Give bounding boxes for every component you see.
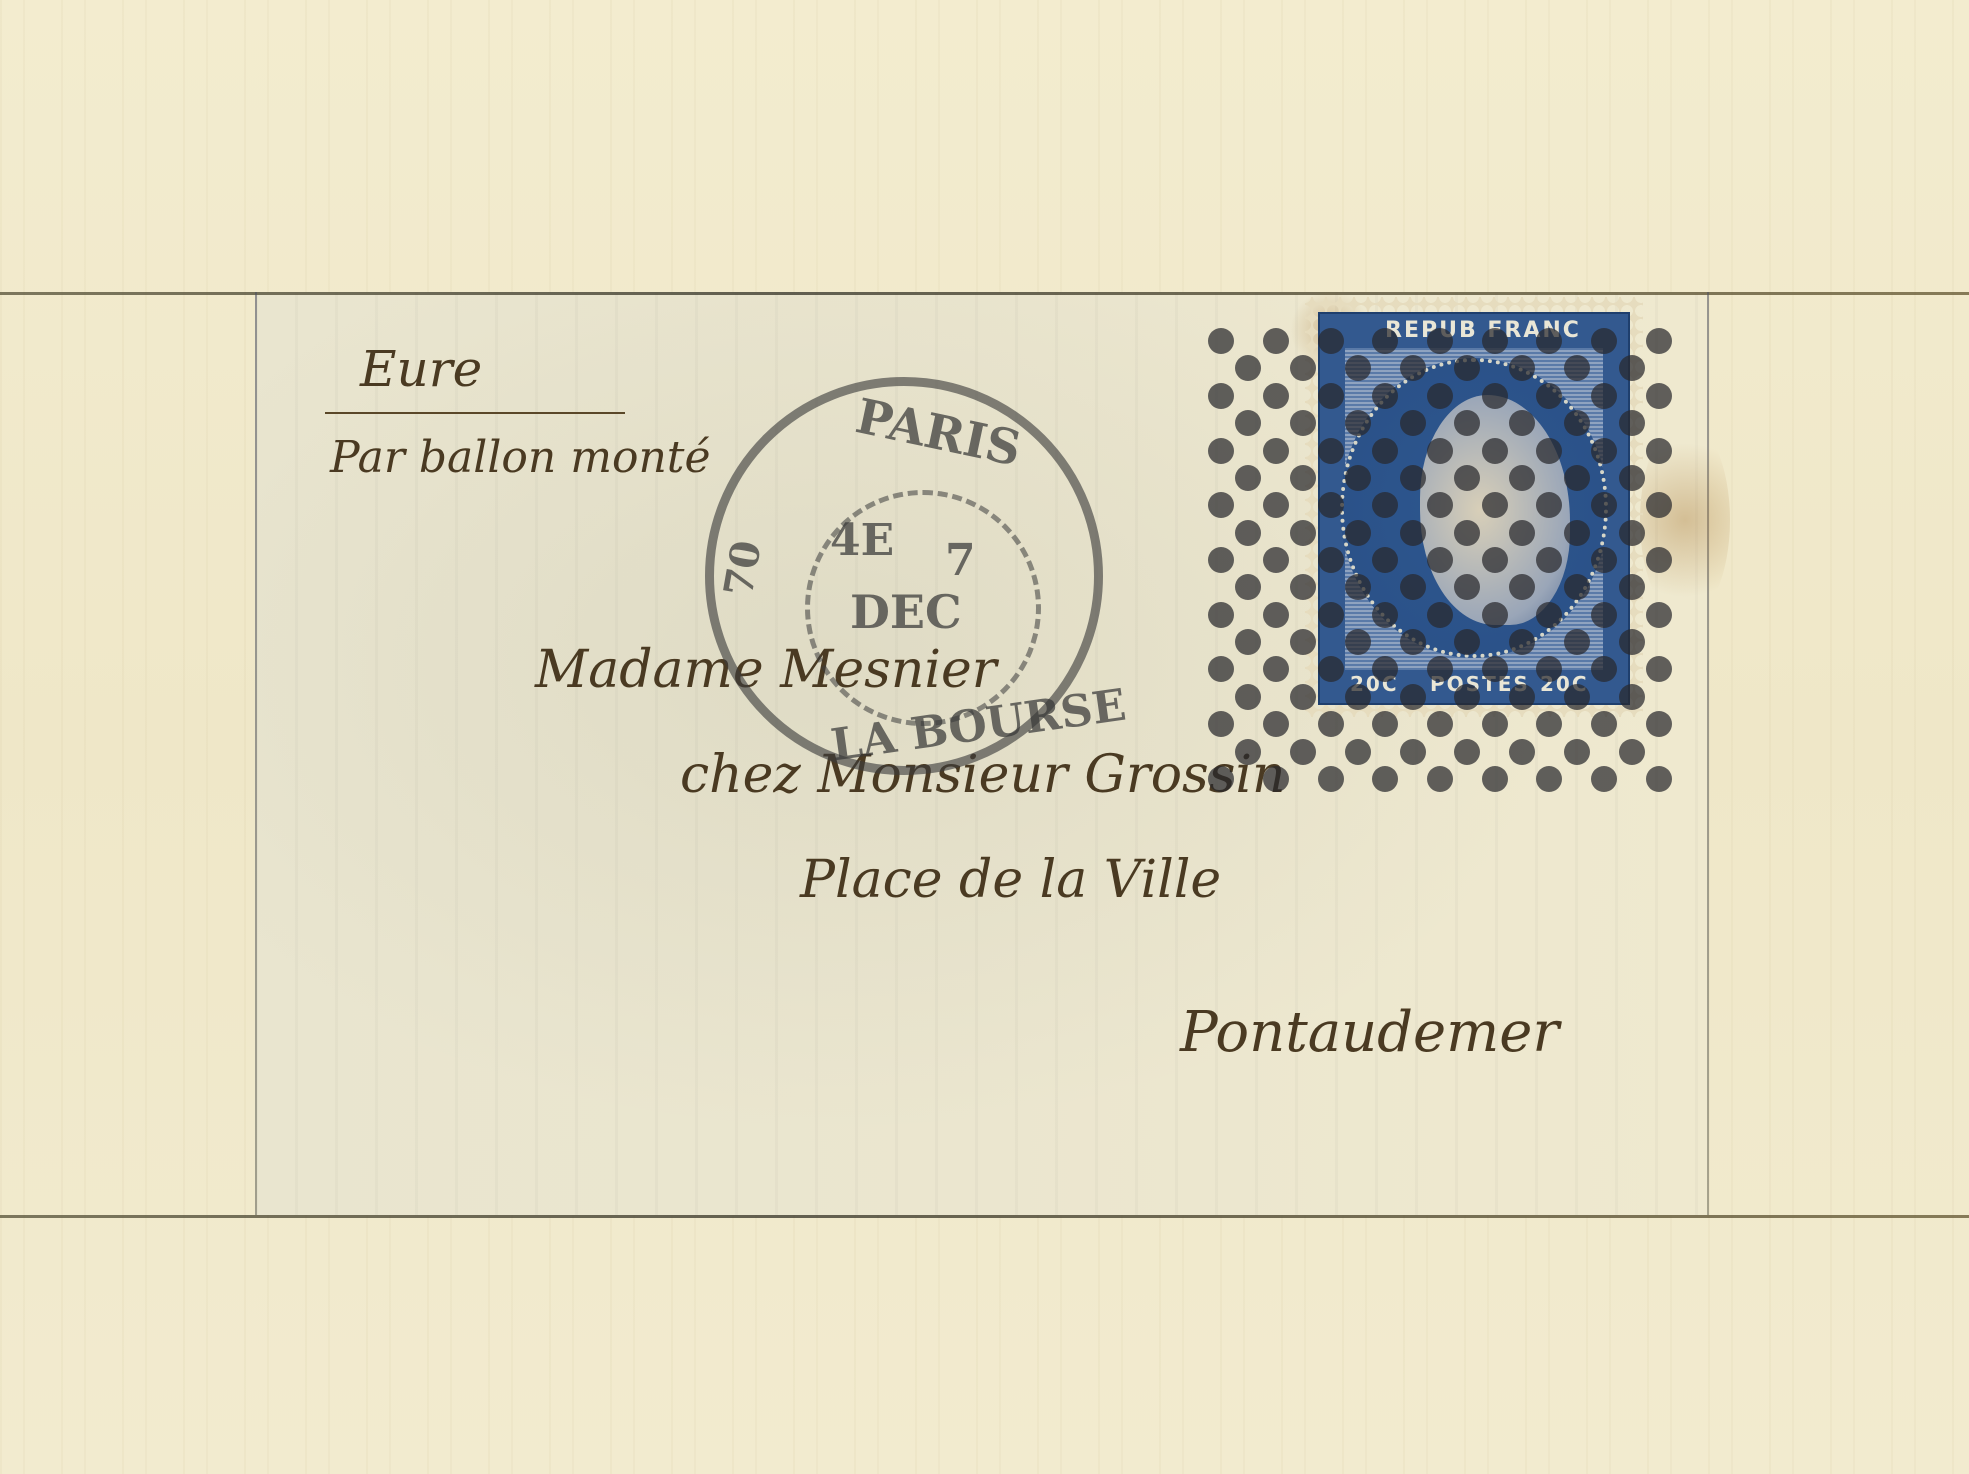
cancel-dot (1619, 410, 1645, 436)
cancel-dot (1509, 629, 1535, 655)
cancel-dot (1400, 355, 1426, 381)
cancel-dot (1564, 574, 1590, 600)
cancel-dot (1564, 739, 1590, 765)
handwritten-route-note: Par ballon monté (330, 432, 711, 483)
cancel-dot (1482, 766, 1508, 792)
cancel-dot (1591, 602, 1617, 628)
cancel-dot (1318, 711, 1344, 737)
cancel-dot (1646, 602, 1672, 628)
cancel-dot (1345, 410, 1371, 436)
cancel-dot (1345, 465, 1371, 491)
postmark-day: 7 (945, 535, 976, 586)
cancel-dot (1619, 629, 1645, 655)
cancel-dot (1235, 739, 1261, 765)
cancel-dot (1427, 766, 1453, 792)
cancel-dot (1564, 684, 1590, 710)
postmark-month: DEC (850, 585, 962, 639)
cancel-dot (1536, 602, 1562, 628)
fold-line-left (255, 292, 257, 1215)
cancel-dot (1646, 492, 1672, 518)
cancel-dot (1482, 383, 1508, 409)
cancel-dot (1427, 438, 1453, 464)
cancel-dot (1509, 684, 1535, 710)
cancel-dot (1318, 492, 1344, 518)
cancel-dot (1646, 328, 1672, 354)
cancel-dot (1318, 383, 1344, 409)
cancel-dot (1591, 383, 1617, 409)
cancel-dot (1400, 629, 1426, 655)
recipient-line-3: Place de la Ville (800, 850, 1221, 910)
cancel-dot (1372, 602, 1398, 628)
cancel-dot (1400, 739, 1426, 765)
cancel-dot (1208, 383, 1234, 409)
fold-line-right (1707, 292, 1709, 1215)
cancel-dot (1591, 766, 1617, 792)
cancel-dot (1208, 438, 1234, 464)
cancel-dot (1454, 739, 1480, 765)
cancel-dot (1318, 547, 1344, 573)
cancel-dot (1345, 739, 1371, 765)
cancel-dot (1400, 465, 1426, 491)
cancel-dot (1482, 602, 1508, 628)
cancel-dot (1619, 739, 1645, 765)
postmark-side-number: 70 (715, 537, 771, 600)
cancel-dot (1482, 492, 1508, 518)
cancel-dot (1318, 766, 1344, 792)
cancel-dot (1619, 520, 1645, 546)
cancel-dot (1619, 355, 1645, 381)
cancel-dot (1427, 328, 1453, 354)
cancel-dot (1482, 711, 1508, 737)
cancel-dot (1263, 711, 1289, 737)
cancel-dot (1646, 547, 1672, 573)
cancel-dot (1372, 438, 1398, 464)
cancel-dot (1564, 465, 1590, 491)
cancel-dot (1372, 383, 1398, 409)
fold-line-top (0, 292, 1969, 295)
cancel-dot (1482, 547, 1508, 573)
cancel-dot (1263, 602, 1289, 628)
cancel-dot (1345, 684, 1371, 710)
cancel-dot (1263, 492, 1289, 518)
cancel-dot (1646, 766, 1672, 792)
cancel-dot (1345, 629, 1371, 655)
cancel-dot (1427, 547, 1453, 573)
cancel-dot (1263, 766, 1289, 792)
cancel-dot (1208, 766, 1234, 792)
cancel-dot (1318, 656, 1344, 682)
cancel-dot (1290, 520, 1316, 546)
cancel-dot (1400, 520, 1426, 546)
cancel-dot (1400, 574, 1426, 600)
cancel-dot (1427, 711, 1453, 737)
cancel-dot (1427, 383, 1453, 409)
cancel-dot (1318, 328, 1344, 354)
recipient-city: Pontaudemer (1180, 1000, 1559, 1065)
fold-line-bottom (0, 1215, 1969, 1218)
cancel-dot (1619, 574, 1645, 600)
cancel-dot (1646, 438, 1672, 464)
cancel-dot (1290, 739, 1316, 765)
cancel-dot (1454, 520, 1480, 546)
cancel-dot (1208, 602, 1234, 628)
cancel-dot (1427, 602, 1453, 628)
cancel-dot (1263, 328, 1289, 354)
cancel-dot (1263, 383, 1289, 409)
cancel-dot (1290, 684, 1316, 710)
cancel-dot (1619, 465, 1645, 491)
cancel-dot (1564, 520, 1590, 546)
cancel-dot (1591, 438, 1617, 464)
cancel-dot (1372, 766, 1398, 792)
handwritten-department: Eure (360, 340, 482, 398)
cancel-dot (1400, 684, 1426, 710)
cancel-dot (1509, 465, 1535, 491)
cancel-dot (1591, 547, 1617, 573)
cancel-dot (1345, 520, 1371, 546)
cancel-dot (1619, 684, 1645, 710)
cancel-dot (1208, 547, 1234, 573)
cancel-dot (1564, 410, 1590, 436)
cancel-dot (1509, 520, 1535, 546)
cancel-dot (1290, 465, 1316, 491)
cancel-dot (1482, 656, 1508, 682)
cancel-dot (1646, 383, 1672, 409)
cancel-dot (1263, 438, 1289, 464)
cancel-dot (1646, 711, 1672, 737)
cancel-dot (1235, 520, 1261, 546)
handwritten-underline (325, 412, 625, 414)
cancel-dot (1482, 438, 1508, 464)
cancel-dot (1564, 629, 1590, 655)
cancel-dot (1263, 547, 1289, 573)
cancel-dot (1454, 684, 1480, 710)
cancel-dot (1536, 438, 1562, 464)
cancel-dot (1509, 739, 1535, 765)
postmark-time: 4E (830, 515, 894, 566)
cancel-dot (1318, 438, 1344, 464)
cancel-dot (1482, 328, 1508, 354)
cancel-dot (1400, 410, 1426, 436)
cancel-dot (1318, 602, 1344, 628)
